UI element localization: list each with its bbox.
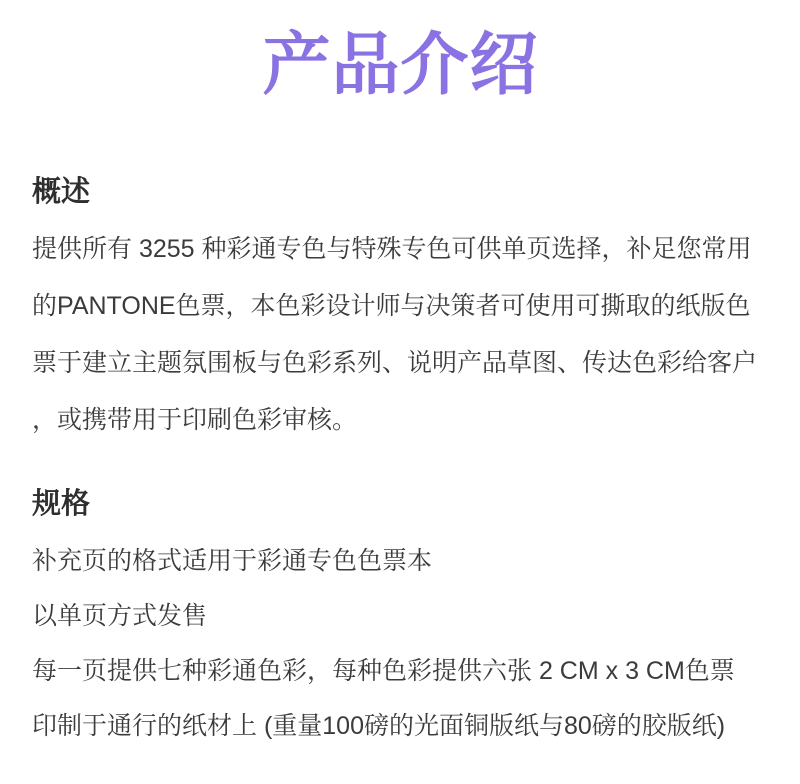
specs-heading: 规格: [32, 489, 769, 521]
spec-line-swatches: 每一页提供七种彩通色彩，每种色彩提供六张 2 CM x 3 CM色票: [32, 644, 769, 699]
page-title: 产品介绍: [32, 24, 769, 107]
product-intro-page: 产品介绍 概述 提供所有 3255 种彩通专色与特殊专色可供单页选择，补足您常用…: [0, 0, 800, 784]
spec-line-format: 补充页的格式适用于彩通专色色票本: [32, 534, 769, 589]
spec-lines: 补充页的格式适用于彩通专色色票本 以单页方式发售 每一页提供七种彩通色彩，每种色…: [32, 534, 769, 754]
spec-line-paper: 印制于通行的纸材上 (重量100磅的光面铜版纸与80磅的胶版纸): [32, 699, 769, 754]
overview-paragraph: 提供所有 3255 种彩通专色与特殊专色可供单页选择，补足您常用的PANTONE…: [32, 221, 769, 449]
overview-section: 概述 提供所有 3255 种彩通专色与特殊专色可供单页选择，补足您常用的PANT…: [32, 177, 769, 449]
spec-line-sold-as: 以单页方式发售: [32, 589, 769, 644]
overview-heading: 概述: [32, 177, 769, 209]
specs-section: 规格 补充页的格式适用于彩通专色色票本 以单页方式发售 每一页提供七种彩通色彩，…: [32, 489, 769, 754]
